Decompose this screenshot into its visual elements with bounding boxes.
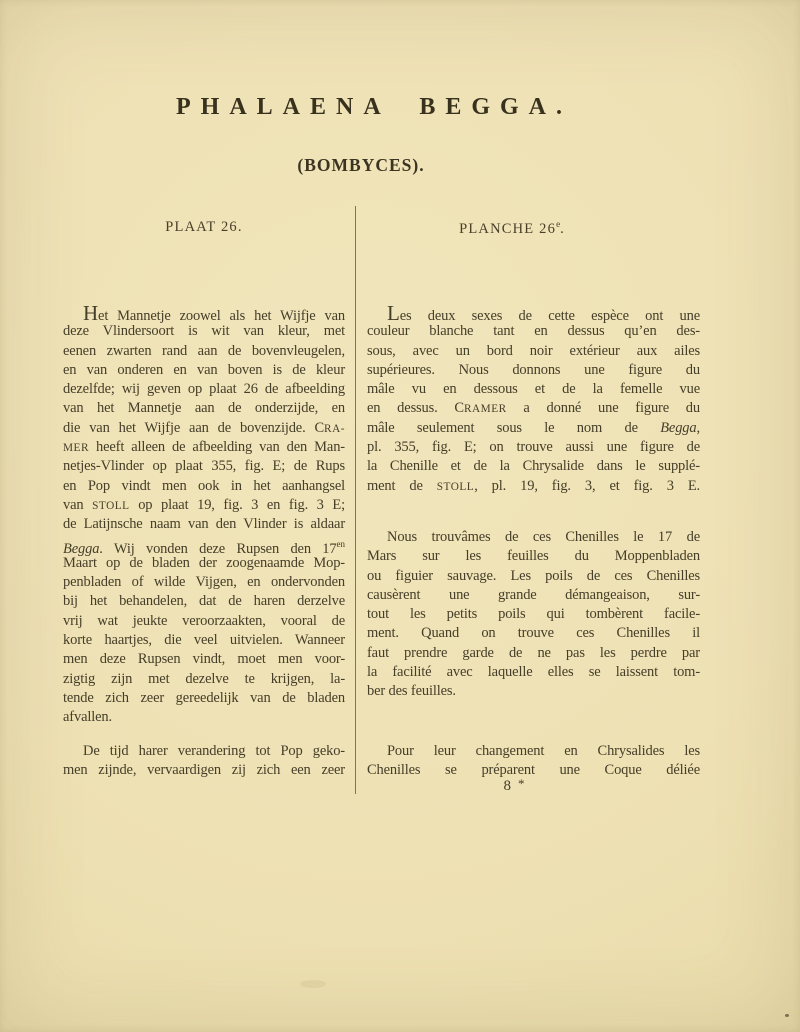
dutch-paragraph-1: Het Mannetje zoowel als het Wijfje vande… xyxy=(63,303,345,728)
text-line: Les deux sexes de cette espèce ont une xyxy=(367,303,700,322)
text-line: en dessus. Cramer a donné une figure du xyxy=(367,399,700,418)
text-line: tout les petits poils qui tombèrent faci… xyxy=(367,605,700,624)
text-line: dezelfde; wij geven op plaat 26 de afbee… xyxy=(63,380,345,399)
text-line: van stoll op plaat 19, fig. 3 en fig. 3 … xyxy=(63,496,345,515)
text-line: Het Mannetje zoowel als het Wijfje van xyxy=(63,303,345,322)
text-line: Maart op de bladen der zoogenaamde Mop- xyxy=(63,554,345,573)
text-line: Nous trouvâmes de ces Chenilles le 17 de xyxy=(367,528,700,547)
signature-number: 8 xyxy=(504,778,512,794)
text-line: zigtig zijn met dezelve te krijgen, la- xyxy=(63,670,345,689)
french-paragraph-1: Les deux sexes de cette espèce ont uneco… xyxy=(367,303,700,496)
text-line: en Pop vindt men ook in het aanhangsel xyxy=(63,477,345,496)
page-signature: 8* xyxy=(469,776,559,795)
text-line: penbladen of wilde Vijgen, en ondervonde… xyxy=(63,573,345,592)
text-line: la facilité avec laquelle elles se laiss… xyxy=(367,663,700,682)
text-line: korte haartjes, die veel uitvielen. Wann… xyxy=(63,631,345,650)
column-header-dutch: PLAAT 26. xyxy=(63,219,345,236)
text-line: tende zich zeer gereedelijk van de blade… xyxy=(63,689,345,708)
text-line: ment de stoll, pl. 19, fig. 3, et fig. 3… xyxy=(367,477,700,496)
text-line: Mars sur les feuilles du Moppenbladen xyxy=(367,547,700,566)
text-line: la Chenille et de la Chrysalide dans le … xyxy=(367,457,700,476)
french-paragraph-2: Nous trouvâmes de ces Chenilles le 17 de… xyxy=(367,528,700,702)
text-line: faut prendre garde de ne pas les perdre … xyxy=(367,644,700,663)
text-line: en van onderen en van boven is de kleur xyxy=(63,361,345,380)
text-line: Pour leur changement en Chrysalides les xyxy=(367,742,700,761)
text-line: ou figuier sauvage. Les poils de ces Che… xyxy=(367,567,700,586)
text-line: mâle seulement sous le nom de Begga, xyxy=(367,419,700,438)
text-line: netjes-Vlinder op plaat 355, fig. E; de … xyxy=(63,457,345,476)
ink-speck xyxy=(785,1014,789,1017)
text-line: eenen zwarten rand aan de bovenvleugelen… xyxy=(63,342,345,361)
text-line: sous, avec un bord noir extérieur aux ai… xyxy=(367,342,700,361)
text-line: ber des feuilles. xyxy=(367,682,700,701)
french-paragraph-3: Pour leur changement en Chrysalides lesC… xyxy=(367,742,700,781)
text-line: de Latijnsche naam van den Vlinder is al… xyxy=(63,515,345,534)
page-title: PHALAENA BEGGA. xyxy=(0,94,748,121)
text-line: bij het behandelen, dat de haren derzelv… xyxy=(63,592,345,611)
dutch-paragraph-2: De tijd harer verandering tot Pop geko-m… xyxy=(63,742,345,781)
text-line: ment. Quand on trouve ces Chenilles il xyxy=(367,624,700,643)
text-line: Begga. Wij vonden deze Rupsen den 17en xyxy=(63,535,345,554)
text-line: vrij wat jeukte veroorzaakten, vooral de xyxy=(63,612,345,631)
text-line: supérieures. Nous donnons une figure du xyxy=(367,361,700,380)
text-line: mer heeft alleen de afbeelding van den M… xyxy=(63,438,345,457)
book-page: PHALAENA BEGGA. (BOMBYCES). PLAAT 26. PL… xyxy=(0,0,800,1032)
text-line: afvallen. xyxy=(63,708,345,727)
column-header-french: PLANCHE 26e. xyxy=(367,219,657,238)
text-line: pl. 355, fig. E; on trouve aussi une fig… xyxy=(367,438,700,457)
text-line: De tijd harer verandering tot Pop geko- xyxy=(63,742,345,761)
text-line: deze Vlindersoort is wit van kleur, met xyxy=(63,322,345,341)
text-line: men zijnde, vervaardigen zij zich een ze… xyxy=(63,761,345,780)
text-line: couleur blanche tant en dessus qu’en des… xyxy=(367,322,700,341)
column-divider xyxy=(355,206,356,794)
page-subtitle: (BOMBYCES). xyxy=(0,155,722,176)
text-line: men deze Rupsen vindt, moet men voor- xyxy=(63,650,345,669)
paper-smudge xyxy=(300,980,326,988)
text-line: mâle vu en dessous et de la femelle vue xyxy=(367,380,700,399)
text-line: van het Mannetje aan de onderzijde, en xyxy=(63,399,345,418)
text-line: die van het Wijfje aan de bovenzijde. Cr… xyxy=(63,419,345,438)
signature-star: * xyxy=(518,776,525,791)
text-line: causèrent une grande démangeaison, sur- xyxy=(367,586,700,605)
